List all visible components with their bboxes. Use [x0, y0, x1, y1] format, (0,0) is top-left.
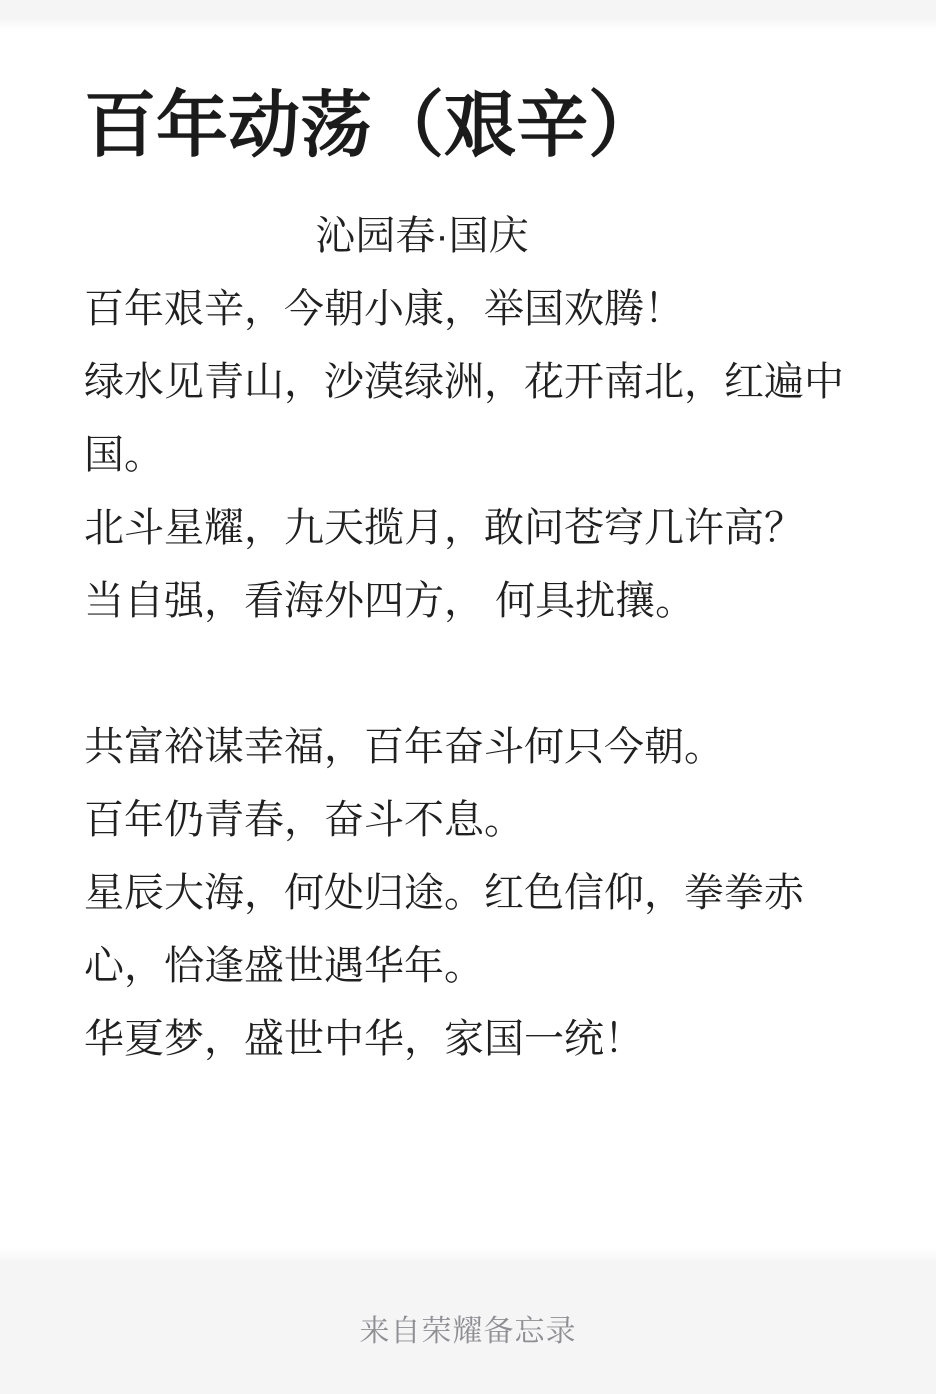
poem-line: 当自强，看海外四方， 何具扰攘。: [84, 565, 854, 638]
poem-line: 北斗星耀，九天揽月，敢问苍穹几许高？: [84, 492, 854, 565]
poem-body: 沁园春·国庆 百年艰辛，今朝小康，举国欢腾！ 绿水见青山，沙漠绿洲，花开南北，红…: [84, 200, 854, 1076]
share-footer: 来自荣耀备忘录: [0, 1262, 936, 1394]
note-content: 百年动荡（艰辛） 沁园春·国庆 百年艰辛，今朝小康，举国欢腾！ 绿水见青山，沙漠…: [0, 18, 936, 1076]
note-card: 百年动荡（艰辛） 沁园春·国庆 百年艰辛，今朝小康，举国欢腾！ 绿水见青山，沙漠…: [0, 18, 936, 1262]
poem-subtitle: 沁园春·国庆: [37, 200, 807, 273]
poem-line: 百年仍青春，奋斗不息。: [84, 784, 854, 857]
poem-line: 华夏梦，盛世中华，家国一统！: [84, 1003, 854, 1076]
poem-line: 绿水见青山，沙漠绿洲，花开南北，红遍中国。: [84, 346, 854, 492]
stanza-gap: [84, 638, 854, 711]
poem-line: 共富裕谋幸福，百年奋斗何只今朝。: [84, 711, 854, 784]
note-title: 百年动荡（艰辛）: [84, 76, 854, 176]
poem-line: 星辰大海，何处归途。红色信仰，拳拳赤心，恰逢盛世遇华年。: [84, 857, 854, 1003]
poem-line: 百年艰辛，今朝小康，举国欢腾！: [84, 273, 854, 346]
source-watermark-label: 来自荣耀备忘录: [360, 1306, 577, 1350]
